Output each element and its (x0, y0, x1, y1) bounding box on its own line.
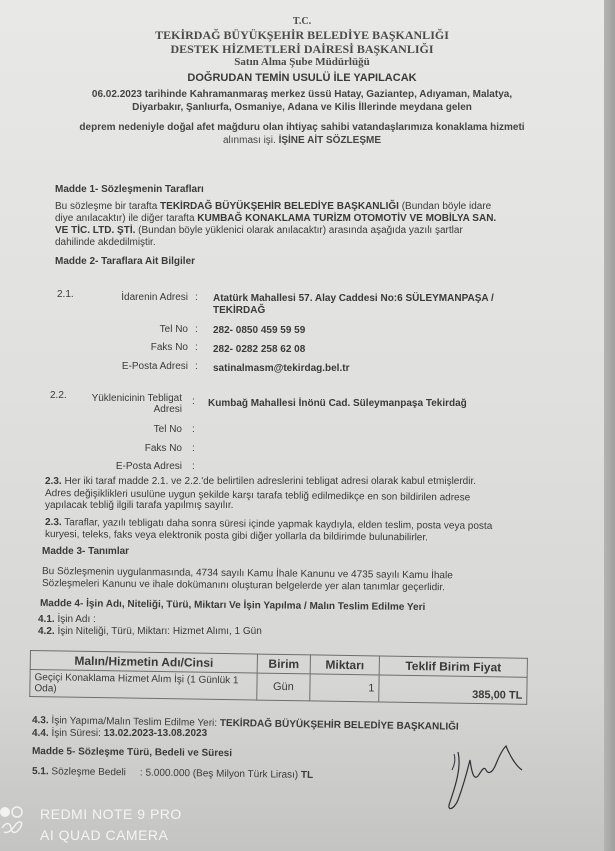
party-yuklenici-cont: VE TİC. LTD. ŞTİ. (55, 225, 135, 236)
colon: : (195, 292, 198, 303)
s22-tel-label: Tel No (72, 424, 182, 435)
watermark-line2: AI QUAD CAMERA (40, 827, 168, 843)
text: (Bundan böyle idare (399, 201, 491, 212)
party-yuklenici: KUMBAĞ KONAKLAMA TURİZM OTOMOTİV VE MOBİ… (197, 213, 496, 224)
s41-number: 4.1. (38, 614, 55, 625)
s21-tel-label: Tel No (78, 324, 188, 335)
s44: 4.4. İşin Süresi: 13.02.2023-13.08.2023 (32, 728, 207, 739)
s21-number: 2.1. (57, 289, 74, 300)
intro-line-3: deprem nedeniyle doğal afet mağduru olan… (0, 122, 604, 133)
intro-line-1: 06.02.2023 tarihinde Kahramanmaraş merke… (0, 89, 604, 100)
s21-email-label: E-Posta Adresi (78, 361, 188, 372)
items-table: Malın/Hizmetin Adı/Cinsi Birim Miktarı T… (29, 650, 528, 705)
s21-fax: 282- 0282 258 62 08 (213, 344, 305, 355)
s42-number: 4.2. (38, 626, 55, 637)
camera-watermark-icon (0, 806, 26, 842)
intro-line-2: Diyarbakır, Şanlıurfa, Osmaniye, Adana v… (0, 102, 604, 113)
s21-address-line1: Atatürk Mahallesi 57. Alay Caddesi No:6 … (213, 293, 494, 304)
s23b-number: 2.3. (45, 517, 62, 528)
intro-line-4-plain: alınması işi. (223, 135, 279, 146)
text: İşin Yapıma/Malın Teslim Edilme Yeri: (49, 715, 220, 729)
s23a-line3: yapılacak tebliğ ilgili tarafa yapılmış … (45, 500, 233, 511)
text: Her iki taraf madde 2.1. ve 2.2.'de beli… (62, 476, 476, 487)
madde3-title: Madde 3- Tanımlar (42, 546, 129, 557)
text: diye anılacaktır) ile diğer tarafta (55, 213, 197, 224)
currency: TL (301, 770, 313, 781)
header-dept: DESTEK HİZMETLERİ DAİRESİ BAŞKANLIĞI (0, 42, 604, 57)
s21-tel: 282- 0850 459 59 59 (213, 325, 305, 336)
col-header-unit: Birim (257, 654, 310, 674)
s22-address-label-2: Adresi (72, 404, 182, 415)
text: Sözleşme Bedeli (49, 766, 126, 778)
colon: : (192, 396, 195, 407)
colon: : (195, 324, 198, 335)
madde2-title: Madde 2- Taraflara Ait Bilgiler (55, 256, 195, 267)
s22-fax-label: Faks No (72, 443, 182, 454)
header-unit: Satın Alma Şube Müdürlüğü (0, 56, 604, 68)
cell-unit-price: 385,00 TL (379, 675, 527, 704)
s21-email: satinalmasm@tekirdag.bel.tr (213, 363, 349, 374)
col-header-quantity: Miktarı (310, 655, 379, 675)
s23a-line1: 2.3. Her iki taraf madde 2.1. ve 2.2.'de… (45, 476, 476, 487)
madde1-title: Madde 1- Sözleşmenin Tarafları (55, 184, 204, 195)
colon: : (195, 342, 198, 353)
colon: : (192, 461, 195, 472)
s23b-line2: kuryesi, teleks, faks veya elektronik po… (45, 529, 428, 543)
madde1-line1: Bu sözleşme bir tarafta TEKİRDAĞ BÜYÜKŞE… (55, 201, 491, 212)
contract-amount: : 5.000.000 (Beş Milyon Türk Lirası) (140, 768, 301, 781)
s41: 4.1. İşin Adı : (38, 614, 96, 625)
contract-title: İŞİNE AİT SÖZLEŞME (279, 135, 381, 146)
s22-address: Kumbağ Mahallesi İnönü Cad. Süleymanpaşa… (208, 398, 467, 409)
page-edge-shadow (604, 0, 615, 851)
procurement-method: DOĞRUDAN TEMİN USULÜ İLE YAPILACAK (0, 72, 604, 84)
madde4-title: Madde 4- İşin Adı, Niteliği, Türü, Mikta… (40, 598, 425, 613)
intro-line-4: alınması işi. İŞİNE AİT SÖZLEŞME (0, 135, 604, 146)
colon: : (192, 424, 195, 435)
watermark-line1: REDMI NOTE 9 PRO (40, 806, 182, 822)
s21-fax-label: Faks No (78, 342, 188, 353)
job-duration: 13.02.2023-13.08.2023 (104, 728, 207, 739)
text: İşin Niteliği, Türü, Miktarı: Hizmet Alı… (55, 626, 262, 637)
signature-scribble-icon (440, 740, 540, 820)
s21-address-label: İdarenin Adresi (78, 292, 188, 303)
cell-quantity: 1 (310, 674, 379, 702)
s22-address-label-1: Yüklenicinin Tebligat (72, 393, 182, 404)
text: Bu sözleşme bir tarafta (55, 201, 160, 212)
colon: : (192, 443, 195, 454)
header-org: TEKİRDAĞ BÜYÜKŞEHİR BELEDİYE BAŞKANLIĞI (0, 28, 604, 43)
delivery-place: TEKİRDAĞ BÜYÜKŞEHİR BELEDİYE BAŞKANLIĞI (220, 718, 459, 733)
s22-email-label: E-Posta Adresi (72, 461, 182, 472)
cell-name: Geçiçi Konaklama Hizmet Alım İşi (1 Günl… (30, 670, 257, 701)
cell-unit: Gün (257, 673, 310, 701)
madde1-line3: VE TİC. LTD. ŞTİ. (Bundan böyle yüklenic… (55, 225, 463, 236)
text: (Bundan böyle yüklenici olarak anılacakt… (135, 225, 462, 236)
text: İşin Adı : (55, 614, 96, 625)
document-page: T.C. TEKİRDAĞ BÜYÜKŞEHİR BELEDİYE BAŞKAN… (0, 0, 604, 851)
col-header-price: Teklif Birim Fiyat (379, 656, 527, 677)
party-idare: TEKİRDAĞ BÜYÜKŞEHİR BELEDİYE BAŞKANLIĞI (160, 201, 399, 212)
s51-number: 5.1. (32, 766, 49, 777)
header-tc: T.C. (0, 16, 604, 27)
s21-address-line2: TEKİRDAĞ (213, 305, 265, 316)
s43-number: 4.3. (32, 715, 49, 726)
madde5-title: Madde 5- Sözleşme Türü, Bedeli ve Süresi (32, 746, 232, 759)
s42: 4.2. İşin Niteliği, Türü, Miktarı: Hizme… (38, 626, 262, 637)
colon: : (195, 361, 198, 372)
s23a-number: 2.3. (45, 476, 62, 487)
s44-number: 4.4. (32, 728, 49, 739)
s22-number: 2.2. (50, 390, 67, 401)
s51: 5.1. Sözleşme Bedeli: 5.000.000 (Beş Mil… (32, 766, 313, 781)
madde1-line4: dahilinde akdedilmiştir. (55, 237, 156, 248)
madde1-line2: diye anılacaktır) ile diğer tarafta KUMB… (55, 213, 496, 224)
text: İşin Süresi: (49, 728, 104, 739)
